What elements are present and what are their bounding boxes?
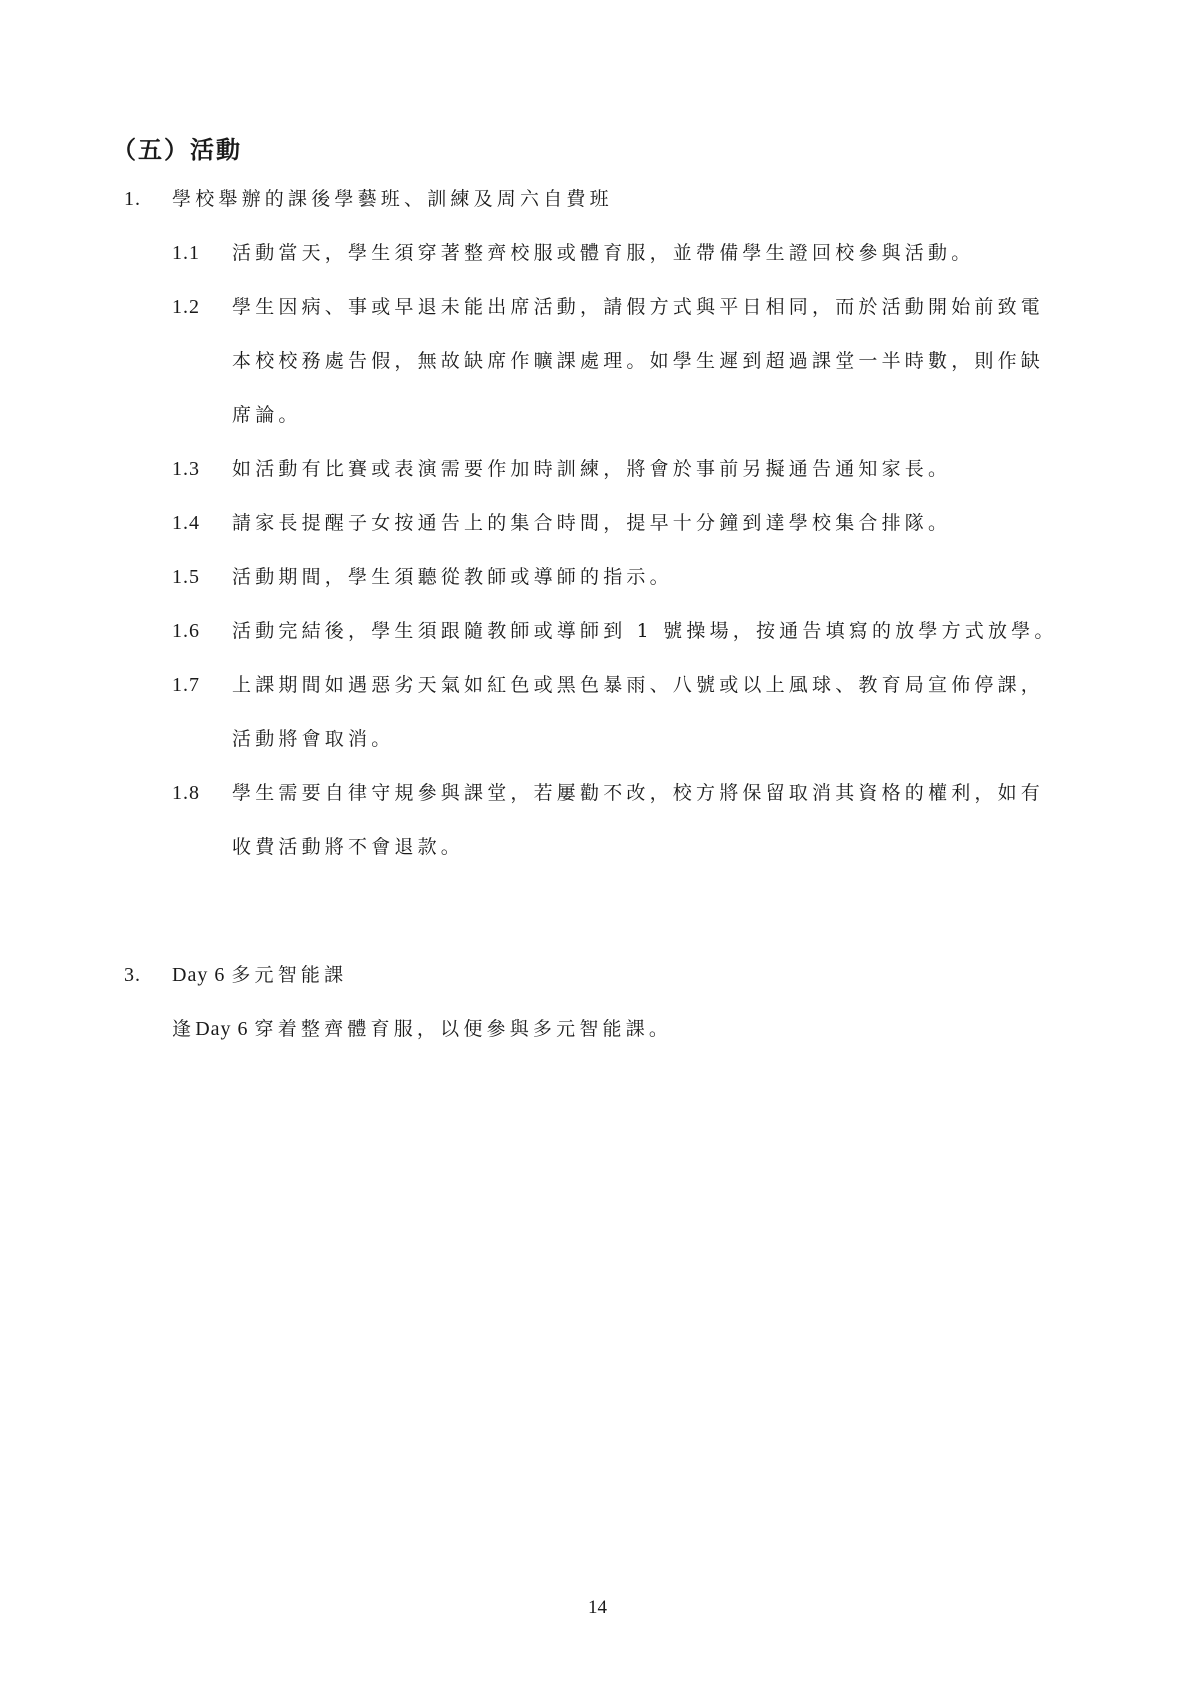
subitem-text: 活動完結後，學生須跟隨教師或導師到 1 號操場，按通告填寫的放學方式放學。 <box>232 618 1058 644</box>
subitem-text: 上課期間如遇惡劣天氣如紅色或黑色暴雨、八號或以上風球、教育局宣佈停課， <box>232 672 1044 698</box>
item-body-latin: Day 6 <box>195 1018 254 1040</box>
item-body-cjk: 穿着整齊體育服，以便參與多元智能課。 <box>255 1018 673 1040</box>
subitem-number: 1.2 <box>172 294 200 320</box>
subitem-text-continued: 席論。 <box>232 402 302 428</box>
subitem-text: 請家長提醒子女按通告上的集合時間，提早十分鐘到達學校集合排隊。 <box>232 510 951 536</box>
subitem-text: 如活動有比賽或表演需要作加時訓練，將會於事前另擬通告通知家長。 <box>232 456 951 482</box>
subitem-text: 活動當天，學生須穿著整齊校服或體育服，並帶備學生證回校參與活動。 <box>232 240 974 266</box>
item-heading: 學校舉辦的課後學藝班、訓練及周六自費班 <box>172 186 613 212</box>
subitem-text: 學生需要自律守規參與課堂，若屢勸不改，校方將保留取消其資格的權利，如有 <box>232 780 1044 806</box>
subitem-text-continued: 活動將會取消。 <box>232 726 394 752</box>
subitem-number: 1.6 <box>172 618 200 644</box>
item-body: 逢Day 6 穿着整齊體育服，以便參與多元智能課。 <box>172 1016 672 1042</box>
subitem-text-continued: 本校校務處告假，無故缺席作曠課處理。如學生遲到超過課堂一半時數，則作缺 <box>232 348 1044 374</box>
item-number: 1. <box>124 186 141 212</box>
subitem-text: 活動期間，學生須聽從教師或導師的指示。 <box>232 564 673 590</box>
subitem-text-continued: 收費活動將不會退款。 <box>232 834 464 860</box>
subitem-text: 學生因病、事或早退未能出席活動，請假方式與平日相同，而於活動開始前致電 <box>232 294 1044 320</box>
subitem-number: 1.5 <box>172 564 200 590</box>
subitem-number: 1.7 <box>172 672 200 698</box>
subitem-number: 1.8 <box>172 780 200 806</box>
page-number: 14 <box>588 1596 607 1620</box>
document-page: （五）活動 1. 學校舉辦的課後學藝班、訓練及周六自費班 1.1 活動當天，學生… <box>0 0 1200 1697</box>
item-heading-latin: Day 6 <box>172 964 231 986</box>
subitem-number: 1.1 <box>172 240 200 266</box>
section-title: （五）活動 <box>112 134 242 166</box>
item-number: 3. <box>124 962 141 988</box>
item-heading: Day 6 多元智能課 <box>172 962 347 988</box>
subitem-number: 1.4 <box>172 510 200 536</box>
item-heading-cjk: 多元智能課 <box>231 964 347 986</box>
subitem-number: 1.3 <box>172 456 200 482</box>
item-body-prefix: 逢 <box>172 1018 195 1040</box>
